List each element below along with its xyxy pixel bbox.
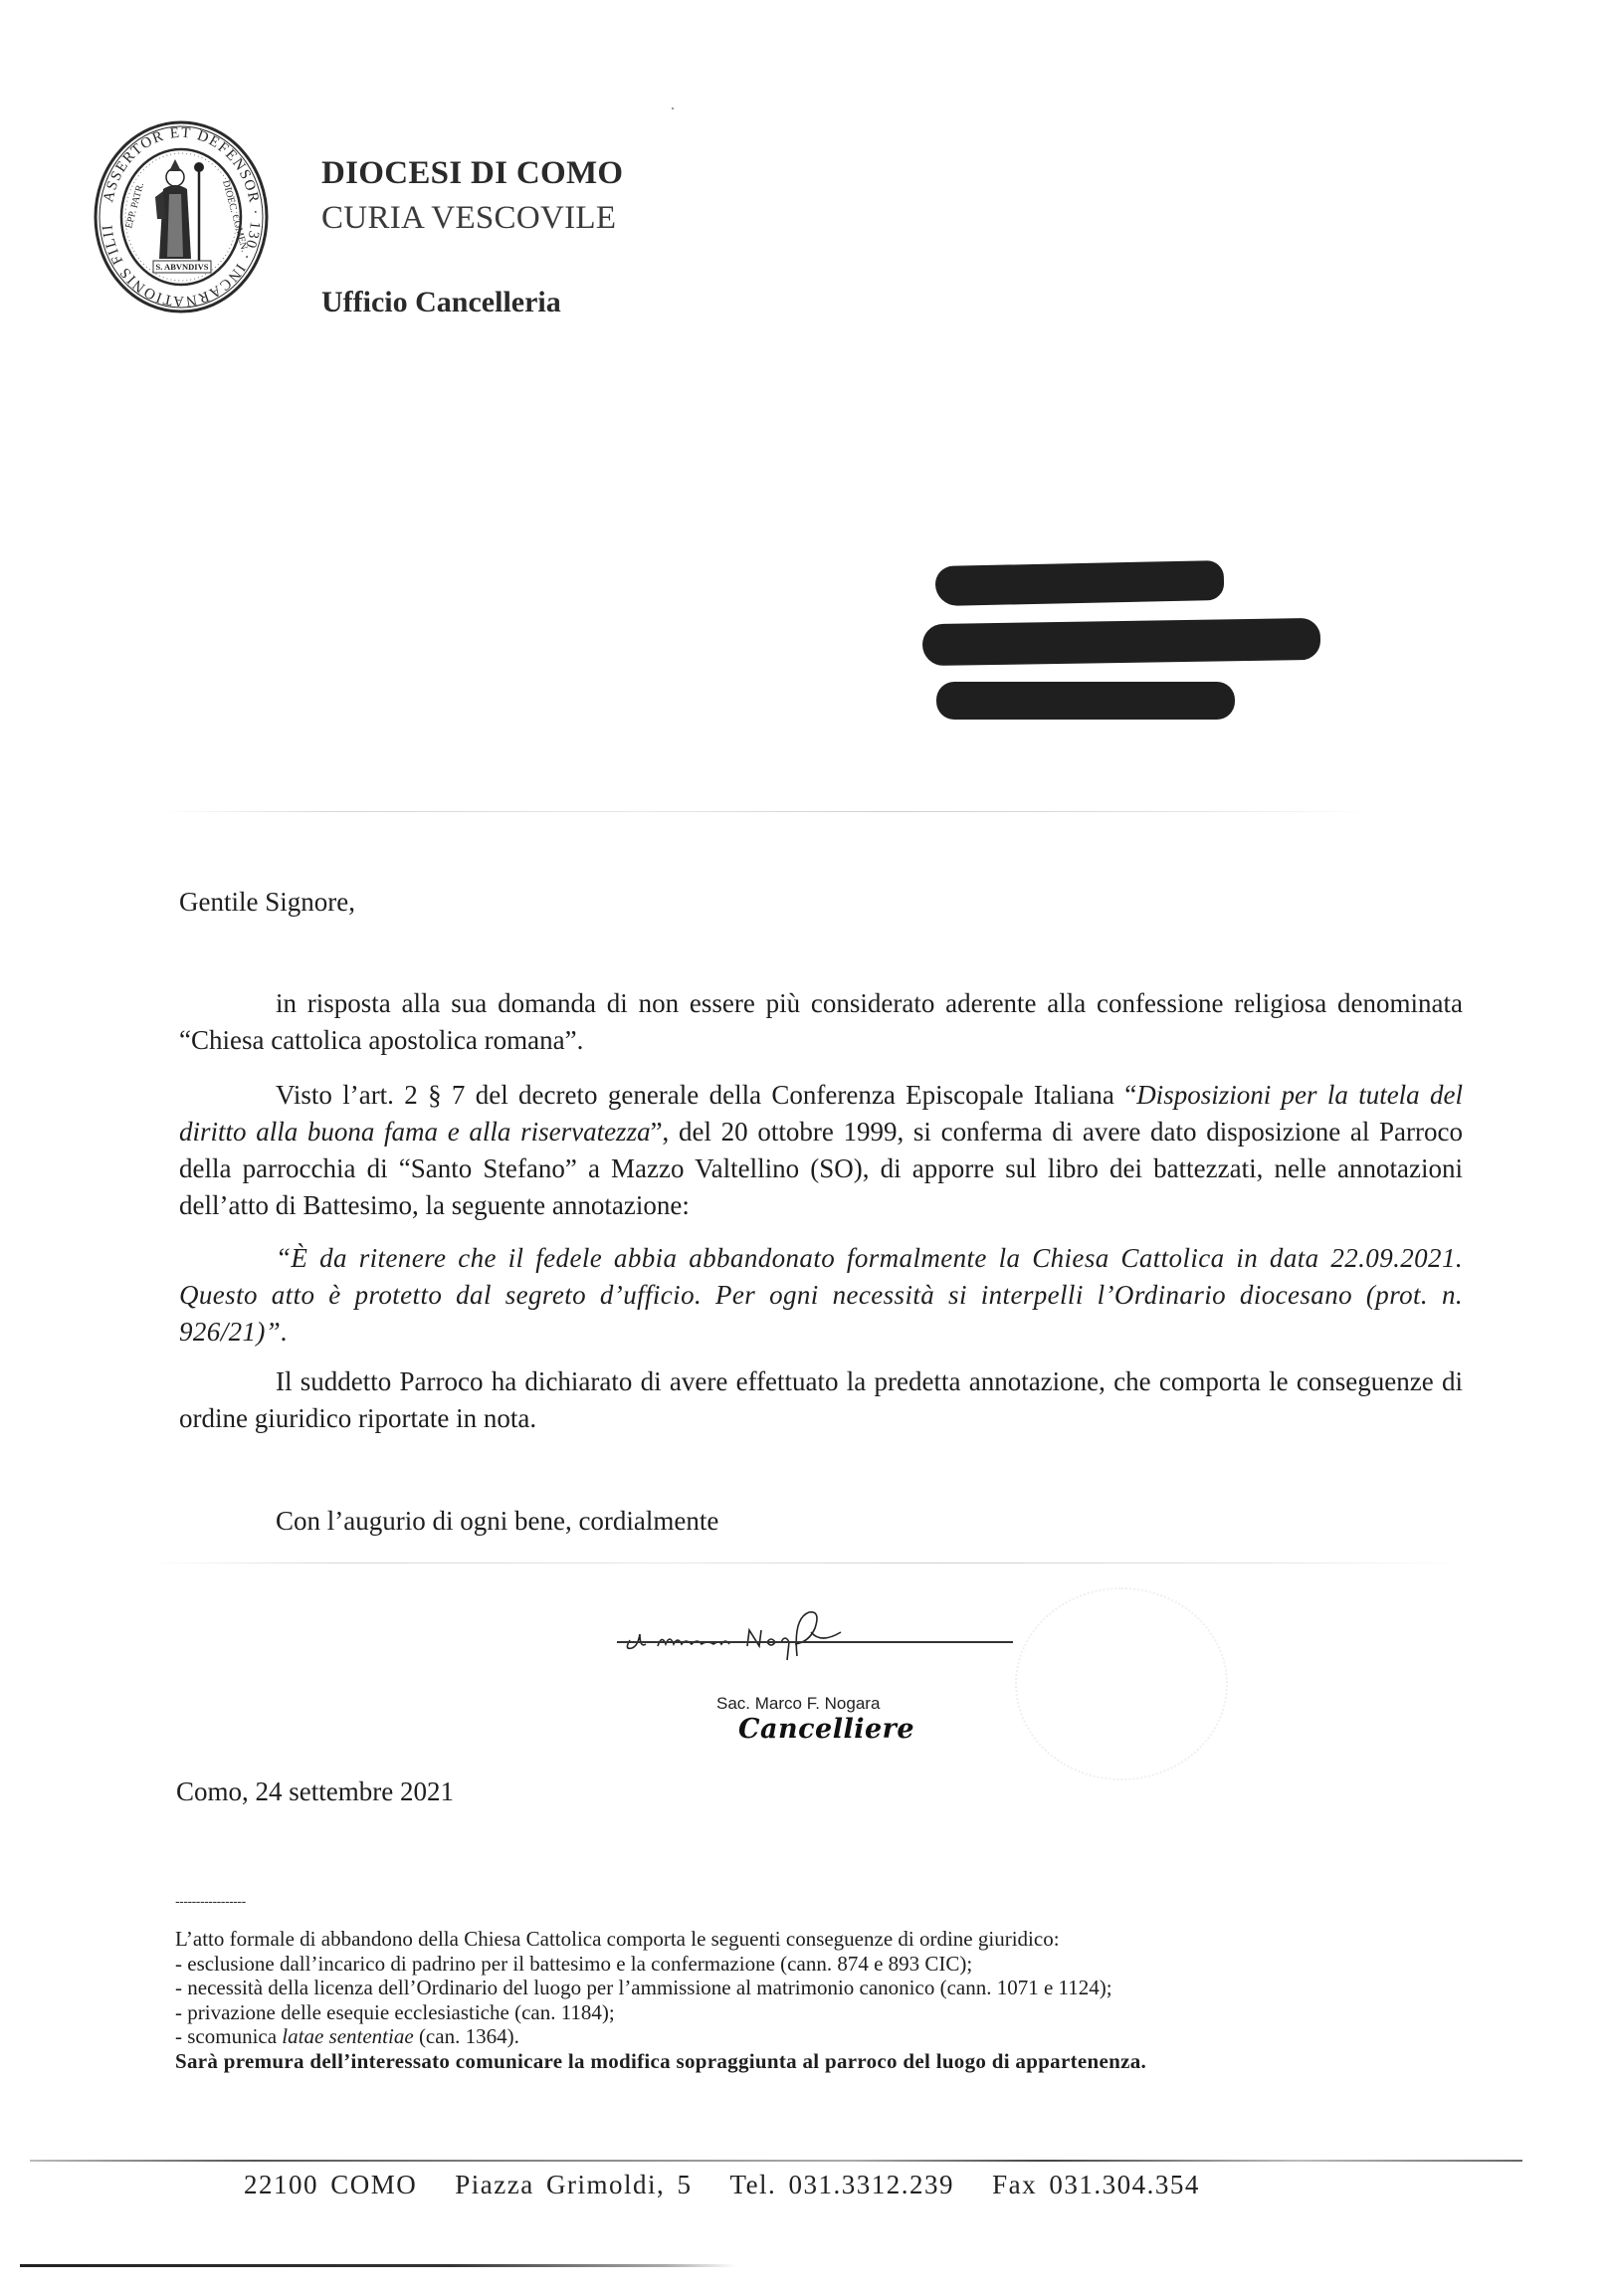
footer-tel: Tel. 031.3312.239 bbox=[729, 2170, 954, 2199]
note-item: - necessità della licenza dell’Ordinario… bbox=[175, 1976, 1146, 2000]
footer-rule bbox=[30, 2160, 1522, 2162]
office-name: Ufficio Cancelleria bbox=[321, 286, 561, 319]
note-item: - esclusione dall’incarico di padrino pe… bbox=[175, 1952, 1146, 1977]
salutation: Gentile Signore, bbox=[179, 884, 355, 921]
paragraph-decree: Visto l’art. 2 § 7 del decreto generale … bbox=[179, 1077, 1463, 1224]
scan-speck bbox=[672, 107, 674, 109]
footer-postal: 22100 COMO bbox=[244, 2170, 417, 2199]
legal-notes: L’atto formale di abbandono della Chiesa… bbox=[175, 1927, 1146, 2073]
signatory-role: Cancelliere bbox=[738, 1714, 914, 1745]
notes-separator: ----------------- bbox=[175, 1893, 246, 1909]
diocese-seal-icon: ASSERTOR ET DEFENSOR · 130 · INCARNATION… bbox=[94, 119, 269, 314]
closing-line: Con l’augurio di ogni bene, cordialmente bbox=[276, 1503, 718, 1540]
redacted-recipient-line bbox=[922, 618, 1321, 666]
notes-bold-instruction: Sarà premura dell’interessato comunicare… bbox=[175, 2049, 1146, 2074]
faded-stamp bbox=[1015, 1587, 1228, 1780]
redacted-recipient-line bbox=[935, 560, 1225, 606]
bottom-scan-rule bbox=[20, 2264, 736, 2267]
notes-intro: L’atto formale di abbandono della Chiesa… bbox=[175, 1927, 1146, 1952]
footer-fax: Fax 031.304.354 bbox=[992, 2170, 1200, 2199]
scan-artifact-line bbox=[159, 811, 1373, 812]
handwritten-signature bbox=[622, 1598, 940, 1668]
place-date: Como, 24 settembre 2021 bbox=[176, 1776, 454, 1807]
signatory-name: Sac. Marco F. Nogara bbox=[716, 1694, 880, 1714]
signature-line bbox=[617, 1641, 1013, 1643]
footer-street: Piazza Grimoldi, 5 bbox=[455, 2170, 692, 2199]
paragraph-confirmation: Il suddetto Parroco ha dichiarato di ave… bbox=[179, 1363, 1463, 1437]
svg-text:S. ABVNDIVS: S. ABVNDIVS bbox=[156, 262, 209, 272]
diocese-title: DIOCESI DI COMO bbox=[321, 155, 623, 192]
annotation-quote: “È da ritenere che il fedele abbia abban… bbox=[179, 1240, 1463, 1351]
paragraph-request: in risposta alla sua domanda di non esse… bbox=[179, 985, 1463, 1059]
note-item: - scomunica latae sententiae (can. 1364)… bbox=[175, 2024, 1146, 2049]
footer-address: 22100 COMOPiazza Grimoldi, 5Tel. 031.331… bbox=[244, 2170, 1200, 2200]
decree-text-pre: Visto l’art. 2 § 7 del decreto generale … bbox=[276, 1080, 1136, 1110]
redacted-recipient-line bbox=[936, 682, 1235, 720]
curia-subtitle: CURIA VESCOVILE bbox=[321, 200, 616, 237]
scan-artifact-line bbox=[149, 1563, 1463, 1564]
note-item: - privazione delle esequie ecclesiastich… bbox=[175, 2000, 1146, 2025]
